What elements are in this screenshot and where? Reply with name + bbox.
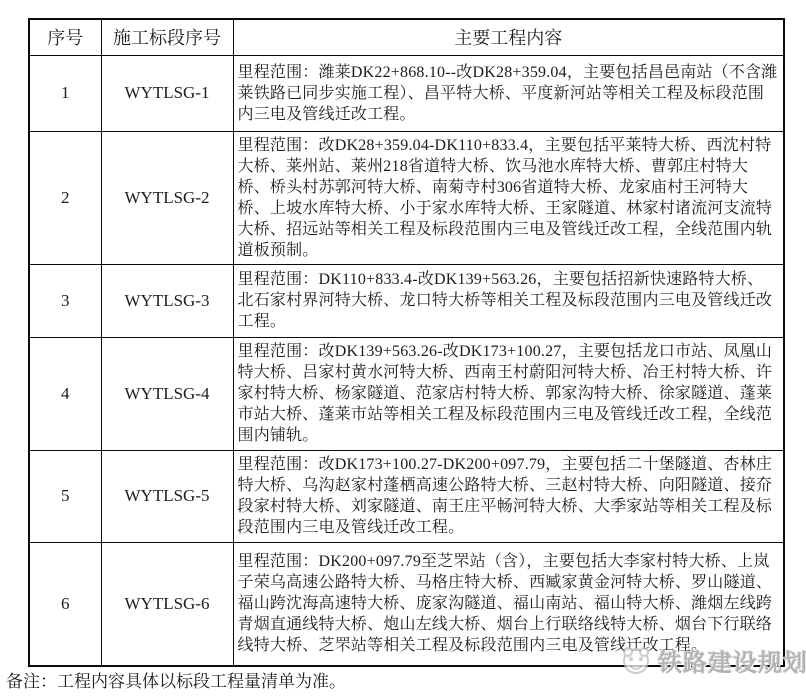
content-cell: 里程范围：潍莱DK22+868.10--改DK28+359.04，主要包括昌邑南… [233, 55, 784, 131]
table-row: 2 WYTLSG-2 里程范围：改DK28+359.04-DK110+833.4… [29, 131, 784, 264]
section-code-cell: WYTLSG-2 [101, 131, 233, 264]
col-header-content: 主要工程内容 [233, 19, 784, 55]
table-row: 6 WYTLSG-6 里程范围：DK200+097.79至芝罘站（含），主要包括… [29, 542, 784, 666]
footnote: 备注：工程内容具体以标段工程量清单为准。 [6, 667, 346, 692]
content-cell: 里程范围：改DK139+563.26-改DK173+100.27，主要包括龙口市… [233, 337, 784, 450]
section-code-cell: WYTLSG-3 [101, 264, 233, 337]
table-row: 1 WYTLSG-1 里程范围：潍莱DK22+868.10--改DK28+359… [29, 55, 784, 131]
row-no-cell: 6 [29, 542, 101, 666]
section-code-cell: WYTLSG-4 [101, 337, 233, 450]
header-row: 序号 施工标段序号 主要工程内容 [29, 19, 784, 55]
row-no-cell: 5 [29, 450, 101, 542]
section-code-cell: WYTLSG-5 [101, 450, 233, 542]
col-header-section: 施工标段序号 [101, 19, 233, 55]
works-table: 序号 施工标段序号 主要工程内容 1 WYTLSG-1 里程范围：潍莱DK22+… [28, 18, 785, 667]
col-header-no: 序号 [29, 19, 101, 55]
content-cell: 里程范围：DK200+097.79至芝罘站（含），主要包括大李家村特大桥、上岚子… [233, 542, 784, 666]
content-cell: 里程范围：DK110+833.4-改DK139+563.26，主要包括招新快速路… [233, 264, 784, 337]
section-code-cell: WYTLSG-1 [101, 55, 233, 131]
section-code-cell: WYTLSG-6 [101, 542, 233, 666]
works-table-container: 序号 施工标段序号 主要工程内容 1 WYTLSG-1 里程范围：潍莱DK22+… [28, 18, 785, 667]
row-no-cell: 4 [29, 337, 101, 450]
row-no-cell: 1 [29, 55, 101, 131]
row-no-cell: 2 [29, 131, 101, 264]
content-cell: 里程范围：改DK173+100.27-DK200+097.79，主要包括二十堡隧… [233, 450, 784, 542]
table-row: 4 WYTLSG-4 里程范围：改DK139+563.26-改DK173+100… [29, 337, 784, 450]
table-row: 5 WYTLSG-5 里程范围：改DK173+100.27-DK200+097.… [29, 450, 784, 542]
row-no-cell: 3 [29, 264, 101, 337]
table-row: 3 WYTLSG-3 里程范围：DK110+833.4-改DK139+563.2… [29, 264, 784, 337]
content-cell: 里程范围：改DK28+359.04-DK110+833.4，主要包括平莱特大桥、… [233, 131, 784, 264]
